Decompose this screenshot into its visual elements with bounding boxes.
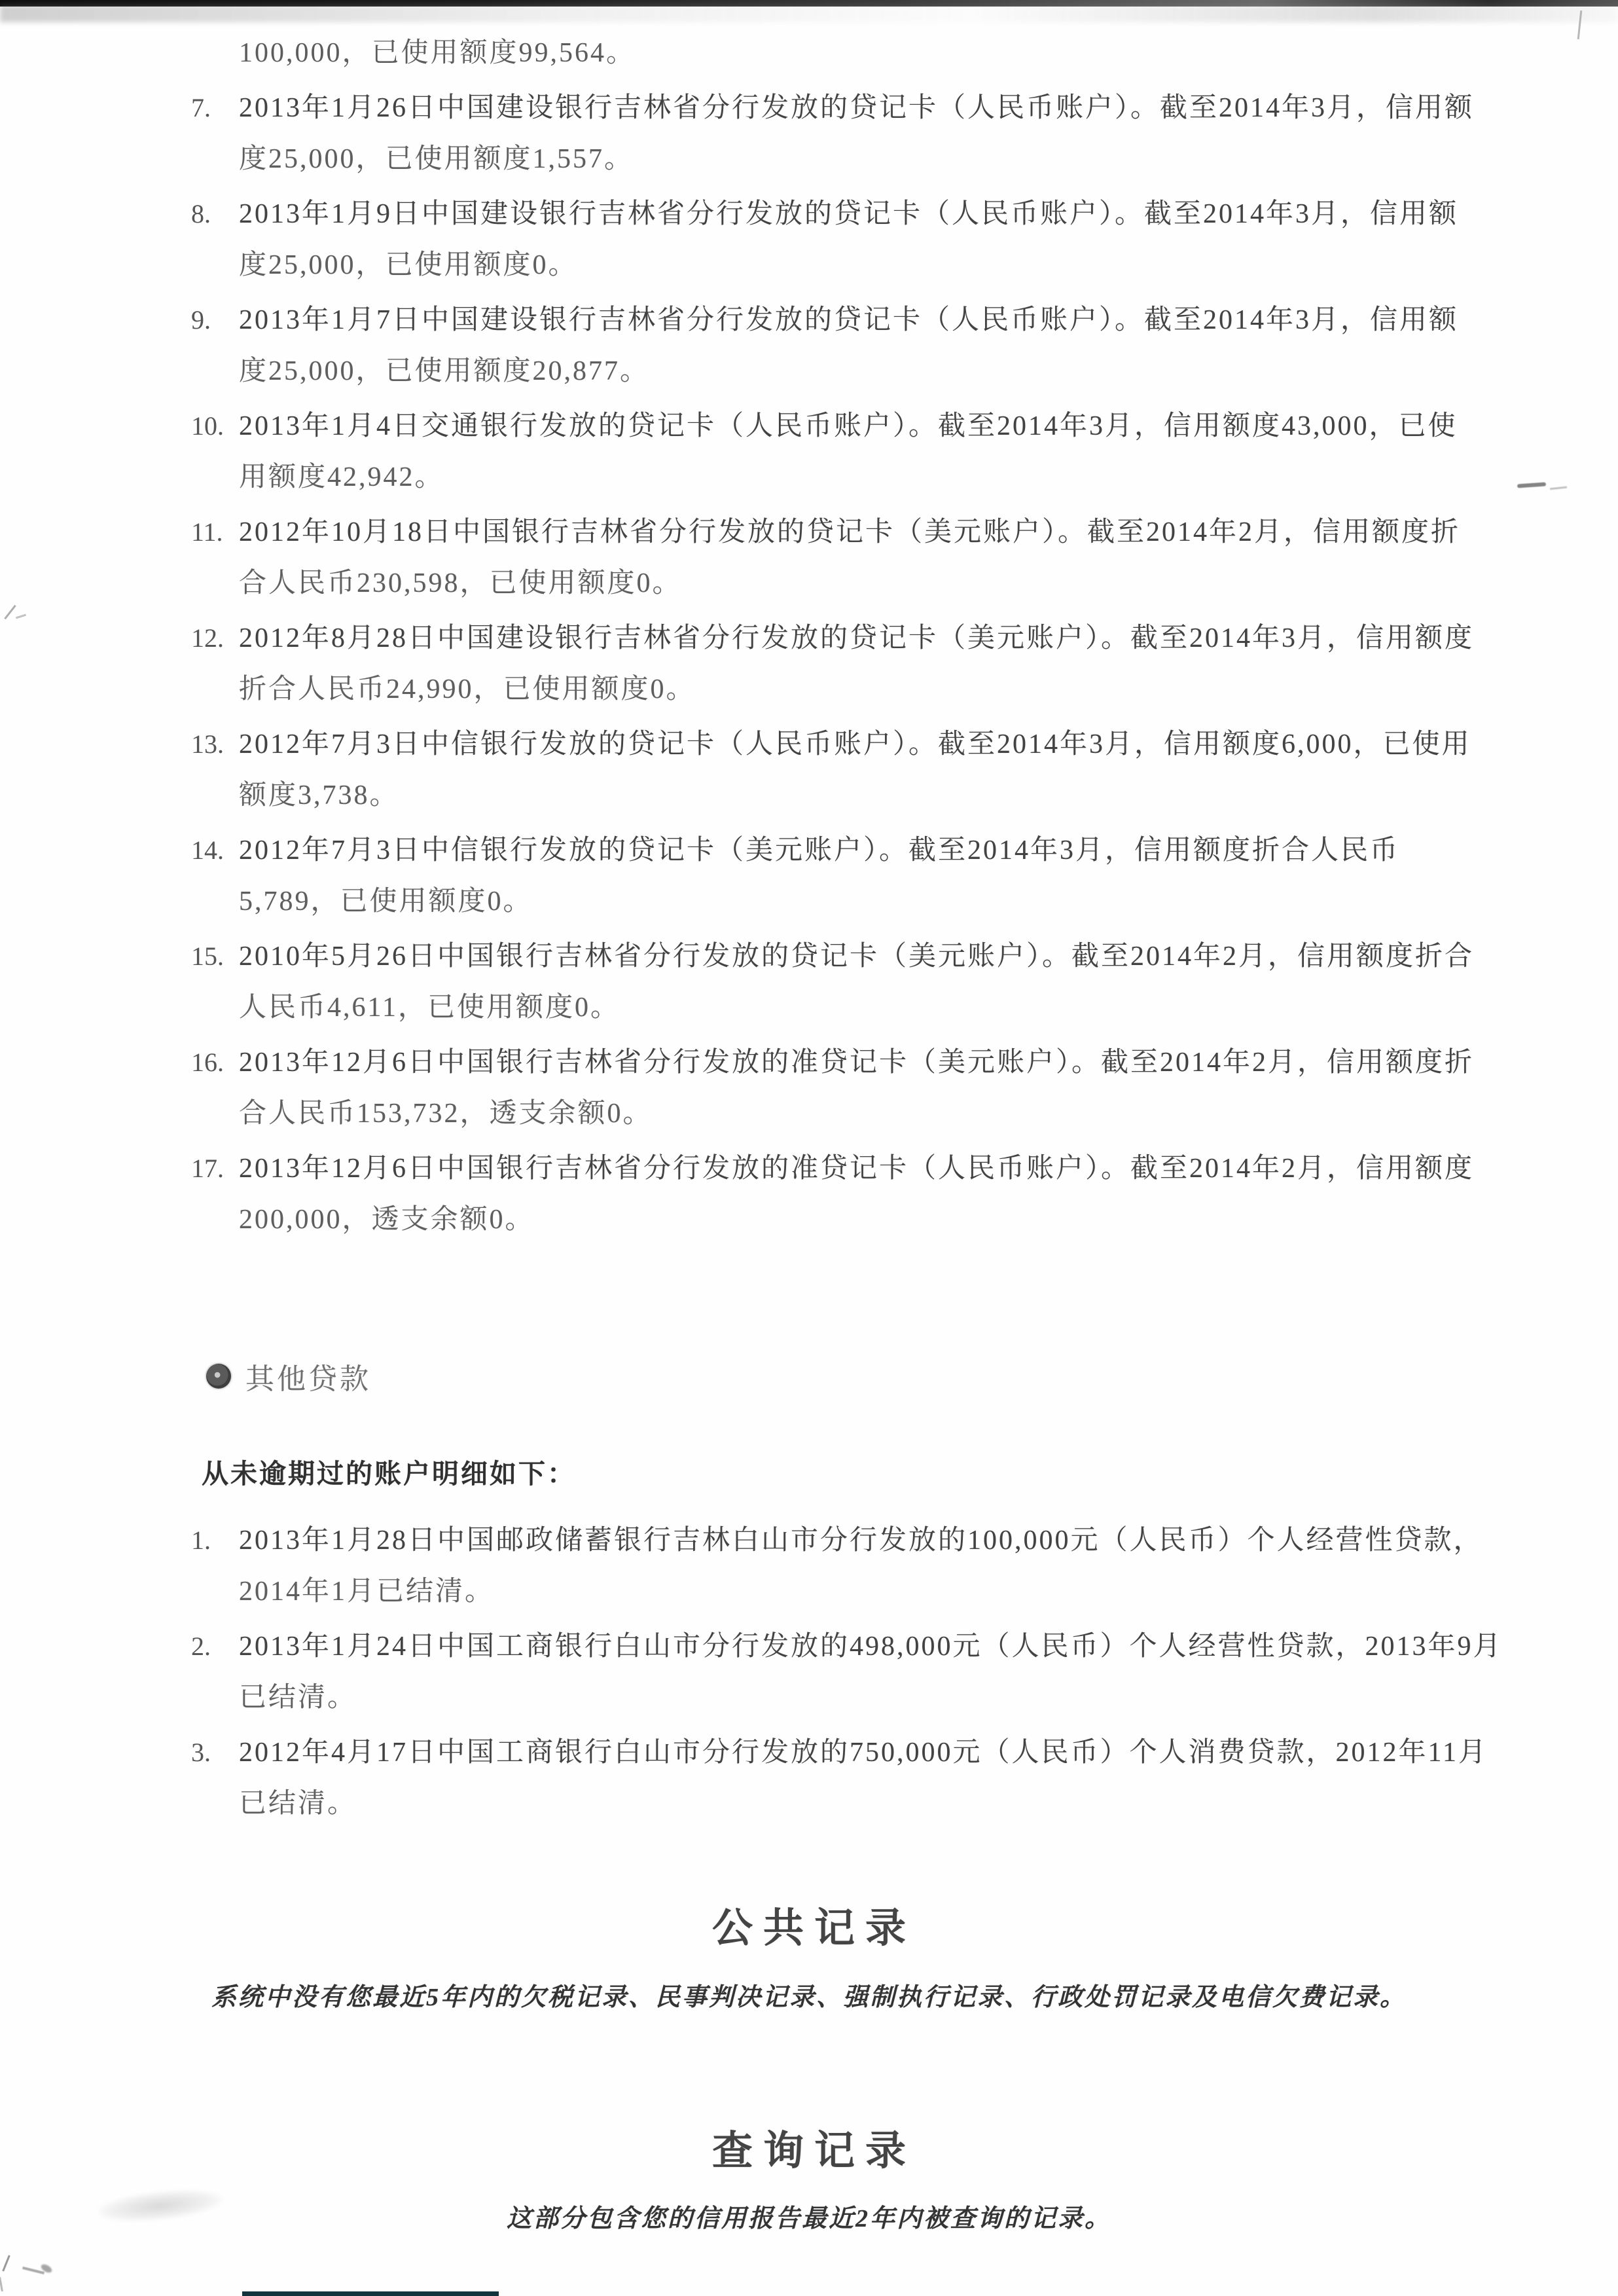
list-item-line1: 2013年1月9日中国建设银行吉林省分行发放的贷记卡（人民币账户）。截至2014… [239, 189, 1618, 240]
list-item-number: 7. [191, 82, 239, 185]
other-loans-list: 1. 2013年1月28日中国邮政储蓄银行吉林白山市分行发放的100,000元（… [191, 1515, 1618, 1829]
credit-card-item: 8. 2013年1月9日中国建设银行吉林省分行发放的贷记卡（人民币账户）。截至2… [191, 189, 1618, 291]
credit-report-scanned-page: 100,000，已使用额度99,564。 7. 2013年1月26日中国建设银行… [0, 0, 1618, 2296]
list-item-line2: 度25,000，已使用额度0。 [239, 240, 1618, 291]
credit-card-item: 12. 2012年8月28日中国建设银行吉林省分行发放的贷记卡（美元账户）。截至… [191, 613, 1618, 715]
list-item-line1: 2013年1月28日中国邮政储蓄银行吉林白山市分行发放的100,000元（人民币… [239, 1515, 1618, 1566]
list-item-number: 17. [191, 1143, 239, 1245]
list-item-line2: 人民币4,611，已使用额度0。 [239, 982, 1618, 1033]
list-item-line1: 2010年5月26日中国银行吉林省分行发放的贷记卡（美元账户）。截至2014年2… [239, 931, 1618, 982]
list-item-line2: 合人民币153,732，透支余额0。 [239, 1088, 1618, 1139]
list-item-line1: 2013年1月7日中国建设银行吉林省分行发放的贷记卡（人民币账户）。截至2014… [239, 295, 1618, 346]
list-item-line2: 5,789，已使用额度0。 [239, 876, 1618, 927]
list-item-line2: 额度3,738。 [239, 770, 1618, 821]
list-item-line1: 2012年7月3日中信银行发放的贷记卡（人民币账户）。截至2014年3月，信用额… [239, 719, 1618, 770]
list-item-number: 12. [191, 613, 239, 715]
credit-card-item: 13. 2012年7月3日中信银行发放的贷记卡（人民币账户）。截至2014年3月… [191, 719, 1618, 821]
list-item-line1: 2012年4月17日中国工商银行白山市分行发放的750,000元（人民币）个人消… [239, 1727, 1618, 1778]
credit-card-item: 14. 2012年7月3日中信银行发放的贷记卡（美元账户）。截至2014年3月，… [191, 825, 1618, 927]
list-item-number: 10. [191, 401, 239, 503]
credit-card-item: 9. 2013年1月7日中国建设银行吉林省分行发放的贷记卡（人民币账户）。截至2… [191, 295, 1618, 397]
list-item-number: 2. [191, 1621, 239, 1723]
list-item-line1: 2013年1月26日中国建设银行吉林省分行发放的贷记卡（人民币账户）。截至201… [239, 82, 1618, 134]
credit-card-item: 17. 2013年12月6日中国银行吉林省分行发放的准贷记卡（人民币账户）。截至… [191, 1143, 1618, 1245]
list-item-line2: 度25,000，已使用额度1,557。 [239, 134, 1618, 185]
report-content: 100,000，已使用额度99,564。 7. 2013年1月26日中国建设银行… [0, 0, 1618, 2237]
loan-item: 1. 2013年1月28日中国邮政储蓄银行吉林白山市分行发放的100,000元（… [191, 1515, 1618, 1617]
loan-item: 3. 2012年4月17日中国工商银行白山市分行发放的750,000元（人民币）… [191, 1727, 1618, 1829]
scan-artifact-scratch [2, 2255, 10, 2271]
credit-card-item: 16. 2013年12月6日中国银行吉林省分行发放的准贷记卡（美元账户）。截至2… [191, 1037, 1618, 1139]
other-loans-section-header: 其他贷款 [206, 1357, 1618, 1396]
credit-card-item: 10. 2013年1月4日交通银行发放的贷记卡（人民币账户）。截至2014年3月… [191, 401, 1618, 503]
scan-artifact-bottom-bar [242, 2291, 499, 2296]
list-item-line2: 已结清。 [239, 1778, 1618, 1829]
query-records-heading: 查询记录 [0, 2124, 1618, 2179]
list-item-number: 15. [191, 931, 239, 1033]
credit-card-item: 11. 2012年10月18日中国银行吉林省分行发放的贷记卡（美元账户）。截至2… [191, 507, 1618, 609]
list-item-line1: 2012年10月18日中国银行吉林省分行发放的贷记卡（美元账户）。截至2014年… [239, 507, 1618, 558]
carryover-text-line: 100,000，已使用额度99,564。 [239, 27, 1618, 79]
list-item-line2: 折合人民币24,990，已使用额度0。 [239, 664, 1618, 715]
list-item-line1: 2012年7月3日中信银行发放的贷记卡（美元账户）。截至2014年3月，信用额度… [239, 825, 1618, 876]
list-item-number: 1. [191, 1515, 239, 1617]
never-overdue-intro: 从未逾期过的账户明细如下： [202, 1455, 1618, 1493]
credit-card-list: 7. 2013年1月26日中国建设银行吉林省分行发放的贷记卡（人民币账户）。截至… [191, 82, 1618, 1245]
list-item-number: 14. [191, 825, 239, 927]
loan-item: 2. 2013年1月24日中国工商银行白山市分行发放的498,000元（人民币）… [191, 1621, 1618, 1723]
list-item-line2: 用额度42,942。 [239, 452, 1618, 503]
list-item-line1: 2013年12月6日中国银行吉林省分行发放的准贷记卡（美元账户）。截至2014年… [239, 1037, 1618, 1088]
list-item-line1: 2013年1月24日中国工商银行白山市分行发放的498,000元（人民币）个人经… [239, 1621, 1618, 1672]
list-item-number: 9. [191, 295, 239, 397]
scan-artifact-scratch [40, 2263, 54, 2274]
other-loans-title: 其他贷款 [245, 1355, 371, 1397]
list-item-line1: 2013年12月6日中国银行吉林省分行发放的准贷记卡（人民币账户）。截至2014… [239, 1143, 1618, 1194]
list-item-number: 13. [191, 719, 239, 821]
credit-card-item: 7. 2013年1月26日中国建设银行吉林省分行发放的贷记卡（人民币账户）。截至… [191, 82, 1618, 185]
list-item-line2: 度25,000，已使用额度20,877。 [239, 346, 1618, 397]
query-records-note: 这部分包含您的信用报告最近2年内被查询的记录。 [0, 2200, 1618, 2237]
public-records-heading: 公共记录 [0, 1901, 1618, 1956]
bullet-circle-icon [206, 1364, 231, 1389]
list-item-line2: 200,000，透支余额0。 [239, 1194, 1618, 1245]
list-item-line2: 合人民币230,598，已使用额度0。 [239, 558, 1618, 609]
list-item-line2: 已结清。 [239, 1672, 1618, 1723]
scan-artifact-scratch [0, 2277, 3, 2291]
list-item-number: 8. [191, 189, 239, 291]
list-item-number: 3. [191, 1727, 239, 1829]
scan-artifact-scratch [22, 2267, 45, 2274]
public-records-note: 系统中没有您最近5年内的欠税记录、民事判决记录、强制执行记录、行政处罚记录及电信… [0, 1979, 1618, 2016]
list-item-line1: 2013年1月4日交通银行发放的贷记卡（人民币账户）。截至2014年3月，信用额… [239, 401, 1618, 452]
list-item-number: 11. [191, 507, 239, 609]
list-item-number: 16. [191, 1037, 239, 1139]
credit-card-item: 15. 2010年5月26日中国银行吉林省分行发放的贷记卡（美元账户）。截至20… [191, 931, 1618, 1033]
list-item-line1: 2012年8月28日中国建设银行吉林省分行发放的贷记卡（美元账户）。截至2014… [239, 613, 1618, 664]
list-item-line2: 2014年1月已结清。 [239, 1566, 1618, 1617]
